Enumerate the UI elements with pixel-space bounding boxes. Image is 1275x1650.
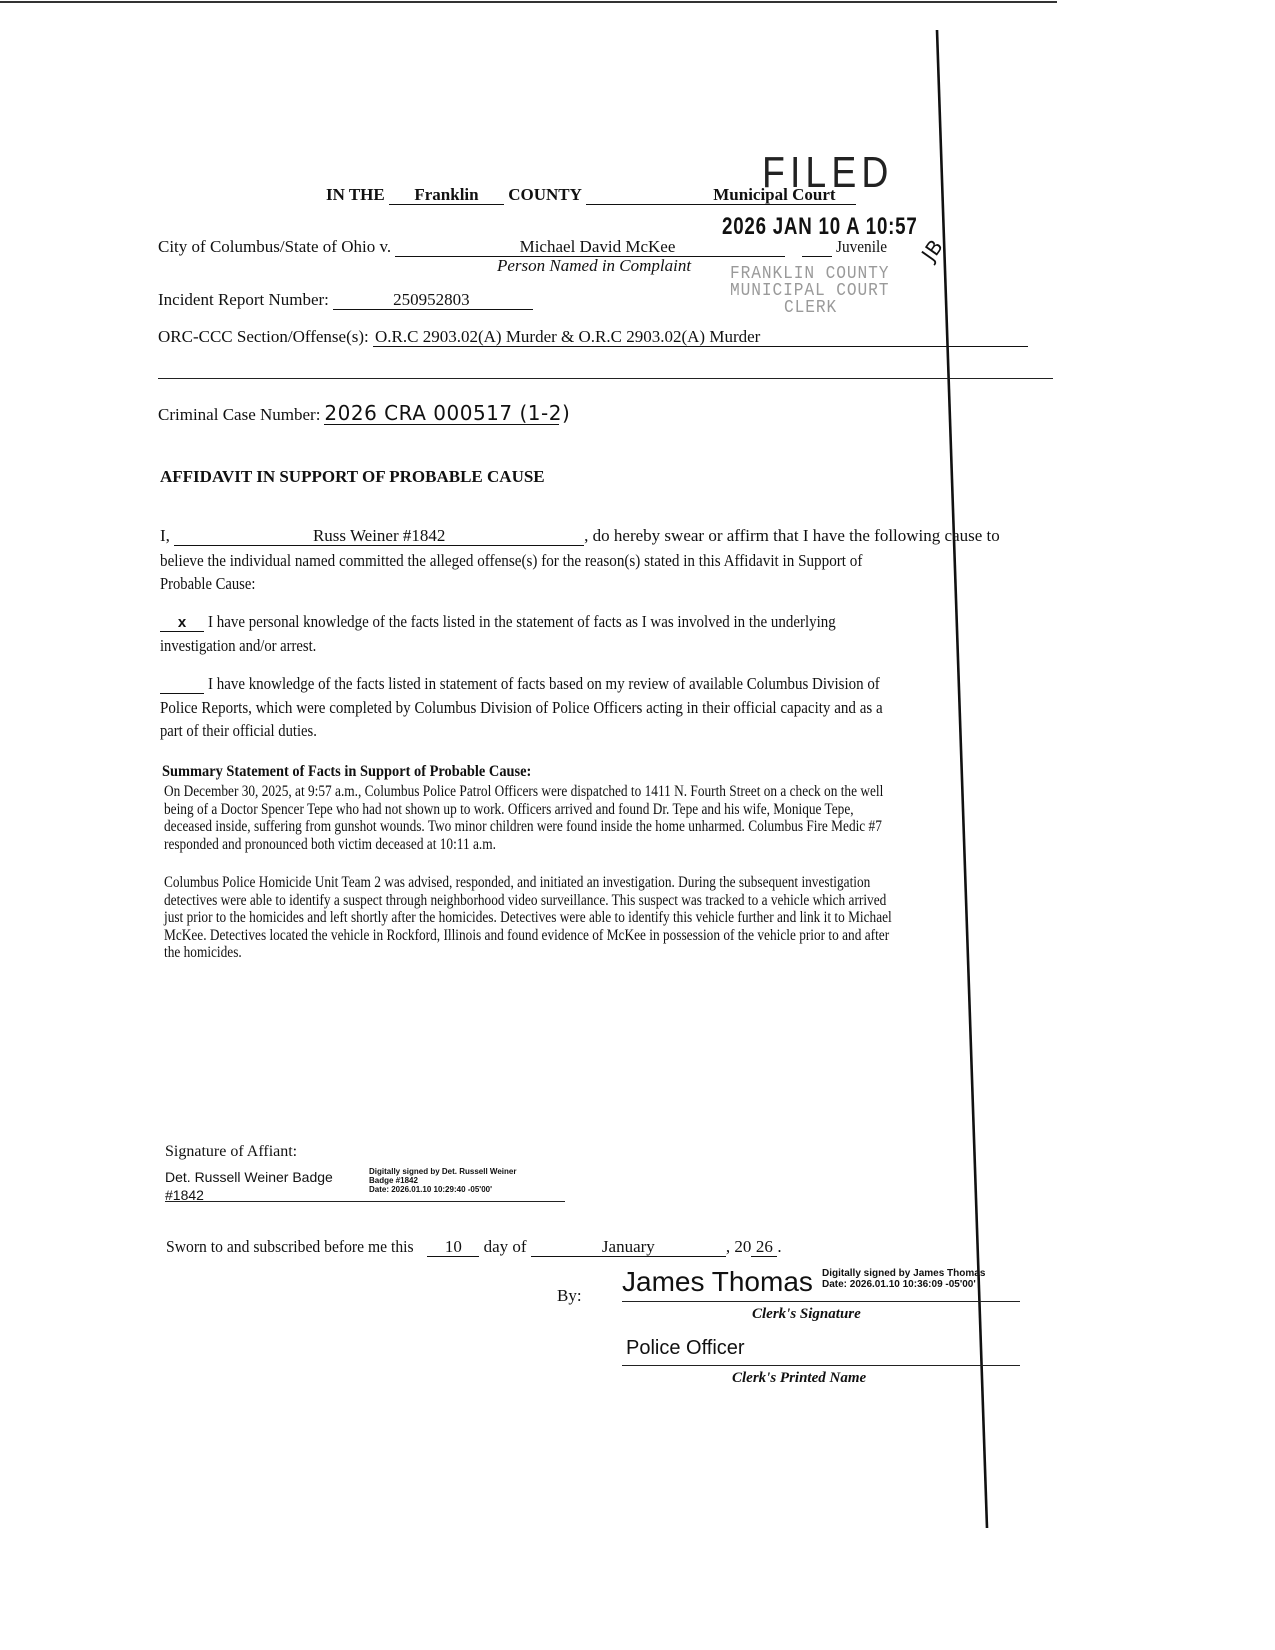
criminal-case-number: 2026 CRA 000517 (1-2) [324,403,559,425]
option-personal-knowledge-text: I have personal knowledge of the facts l… [208,612,836,632]
criminal-case-label: Criminal Case Number: [158,405,320,424]
clerk-printed-name-line [622,1365,1020,1366]
offense-continuation-line [158,378,1053,379]
offense-field: O.R.C 2903.02(A) Murder & O.R.C 2903.02(… [373,328,1028,347]
by-label: By: [557,1286,582,1306]
option-personal-knowledge-line2: investigation and/or arrest. [160,636,316,656]
option-personal-knowledge: x I have personal knowledge of the facts… [160,612,922,632]
clerk-stamp: FRANKLIN COUNTY MUNICIPAL COURT CLERK [730,266,889,317]
affiant-signature-line [165,1201,565,1202]
affiant-digital-signature[interactable]: Digitally signed by Det. Russell Weiner … [369,1167,516,1194]
plaintiff-label: City of Columbus/State of Ohio v. [158,237,391,256]
defendant-caption: Person Named in Complaint [497,256,691,276]
affidavit-intro-line1: I, Russ Weiner #1842, do hereby swear or… [160,526,1000,546]
option-personal-knowledge-checkbox[interactable]: x [160,615,204,632]
clerk-digital-signature[interactable]: Digitally signed by James Thomas Date: 2… [822,1268,985,1290]
option-review-knowledge-text: I have knowledge of the facts listed in … [208,674,880,694]
affidavit-intro-line2: believe the individual named committed t… [160,551,862,571]
option-review-knowledge-checkbox[interactable] [160,675,204,694]
case-caption: City of Columbus/State of Ohio v. Michae… [158,237,893,257]
incident-number-field: 250952803 [333,291,533,310]
summary-paragraph-2: Columbus Police Homicide Unit Team 2 was… [164,874,892,962]
affiant-signature-name: Det. Russell Weiner Badge #1842 [165,1168,333,1204]
defendant-name-field: Michael David McKee [395,238,785,257]
sworn-month-field: January [531,1238,726,1257]
clerk-signature-line [622,1301,1020,1302]
filed-stamp: FILED [762,148,893,198]
criminal-case-row: Criminal Case Number: 2026 CRA 000517 (1… [158,403,559,425]
incident-label: Incident Report Number: [158,290,329,309]
option-review-knowledge-line2: Police Reports, which were completed by … [160,698,883,718]
sworn-year-field: 26 [751,1238,777,1257]
summary-paragraph-1: On December 30, 2025, at 9:57 a.m., Colu… [164,783,883,853]
incident-row: Incident Report Number: 250952803 [158,290,533,310]
affiant-name-field: Russ Weiner #1842 [174,527,584,546]
offense-label: ORC-CCC Section/Offense(s): [158,327,369,346]
clerk-printed-name-caption: Clerk's Printed Name [732,1370,866,1387]
juvenile-label: Juvenile [836,237,887,257]
juvenile-blank [802,238,832,257]
sworn-day-field: 10 [427,1238,479,1257]
option-review-knowledge-line3: part of their official duties. [160,721,317,741]
affidavit-title: AFFIDAVIT IN SUPPORT OF PROBABLE CAUSE [160,467,545,487]
county-label: COUNTY [508,185,581,204]
clerk-signature-caption: Clerk's Signature [752,1306,861,1323]
option-review-knowledge: I have knowledge of the facts listed in … [160,674,972,694]
clerk-signature-name: James Thomas [622,1266,813,1298]
clerk-printed-name: Police Officer [626,1337,745,1360]
affidavit-intro-line3: Probable Cause: [160,574,255,594]
sworn-line: Sworn to and subscribed before me this 1… [166,1237,782,1257]
offense-row: ORC-CCC Section/Offense(s): O.R.C 2903.0… [158,327,1028,347]
in-the-label: IN THE [326,185,385,204]
summary-heading: Summary Statement of Facts in Support of… [162,763,531,781]
affiant-signature-label: Signature of Affiant: [165,1143,297,1161]
county-field: Franklin [389,186,504,205]
